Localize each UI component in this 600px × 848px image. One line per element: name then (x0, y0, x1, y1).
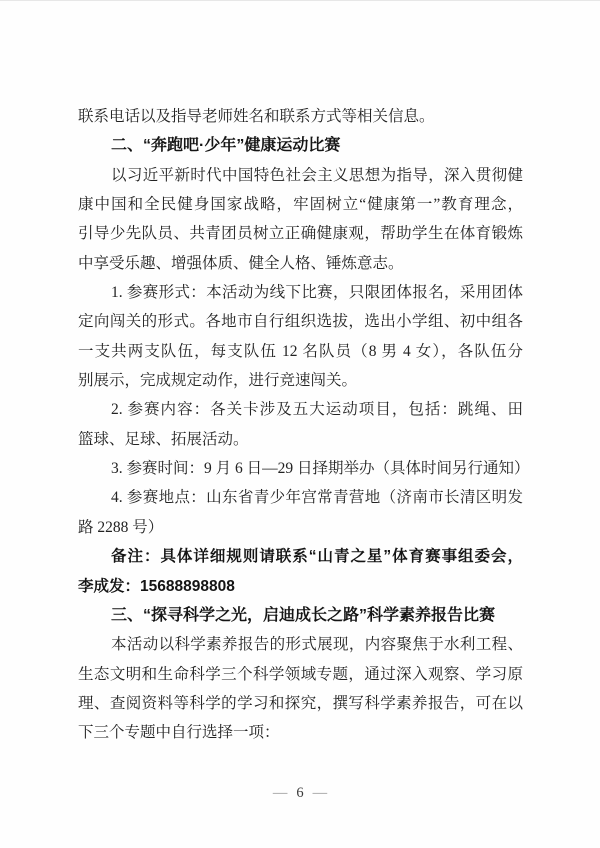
page-number-dash-left: — (273, 785, 288, 801)
text-line: 1. 参赛形式：本活动为线下比赛，只限团体报名，采用团体 (78, 278, 523, 307)
text-line: 别展示，完成规定动作，进行竞速闯关。 (78, 366, 523, 395)
text-line: 生态文明和生命科学三个科学领域专题，通过深入观察、学习原 (78, 660, 523, 689)
document-page: 联系电话以及指导老师姓名和联系方式等相关信息。二、“奔跑吧·少年”健康运动比赛以… (0, 0, 600, 848)
text-line: 中享受乐趣、增强体质、健全人格、锤炼意志。 (78, 249, 523, 278)
text-line: 备注：具体详细规则请联系“山青之星”体育赛事组委会， (78, 542, 523, 571)
text-line: 理、查阅资料等科学的学习和探究，撰写科学素养报告，可在以 (78, 689, 523, 718)
text-line: 2. 参赛内容：各关卡涉及五大运动项目，包括：跳绳、田径、 (78, 395, 523, 424)
page-number: —6— (0, 784, 600, 802)
page-number-value: 6 (296, 785, 303, 801)
text-line: 引导少先队员、共青团员树立正确健康观，帮助学生在体育锻炼 (78, 219, 523, 248)
text-line: 本活动以科学素养报告的形式展现，内容聚焦于水利工程、 (78, 630, 523, 659)
text-line: 定向闯关的形式。各地市自行组织选拔，选出小学组、初中组各 (78, 307, 523, 336)
text-line: 李成发：15688898808 (78, 572, 523, 601)
text-line: 4. 参赛地点：山东省青少年宫常青营地（济南市长清区明发 (78, 483, 523, 512)
text-line: 3. 参赛时间：9 月 6 日—29 日择期举办（具体时间另行通知） (78, 454, 523, 483)
text-line: 联系电话以及指导老师姓名和联系方式等相关信息。 (78, 102, 523, 131)
text-line: 篮球、足球、拓展活动。 (78, 425, 523, 454)
document-body: 联系电话以及指导老师姓名和联系方式等相关信息。二、“奔跑吧·少年”健康运动比赛以… (78, 102, 523, 748)
text-line: 三、“探寻科学之光，启迪成长之路”科学素养报告比赛 (78, 601, 523, 630)
text-line: 以习近平新时代中国特色社会主义思想为指导，深入贯彻健 (78, 161, 523, 190)
page-number-dash-right: — (313, 785, 328, 801)
text-line: 下三个专题中自行选择一项： (78, 718, 523, 747)
text-line: 康中国和全民健身国家战略，牢固树立“健康第一”教育理念， (78, 190, 523, 219)
text-line: 二、“奔跑吧·少年”健康运动比赛 (78, 131, 523, 160)
text-line: 一支共两支队伍，每支队伍 12 名队员（8 男 4 女），各队伍分 (78, 337, 523, 366)
text-line: 路 2288 号） (78, 513, 523, 542)
